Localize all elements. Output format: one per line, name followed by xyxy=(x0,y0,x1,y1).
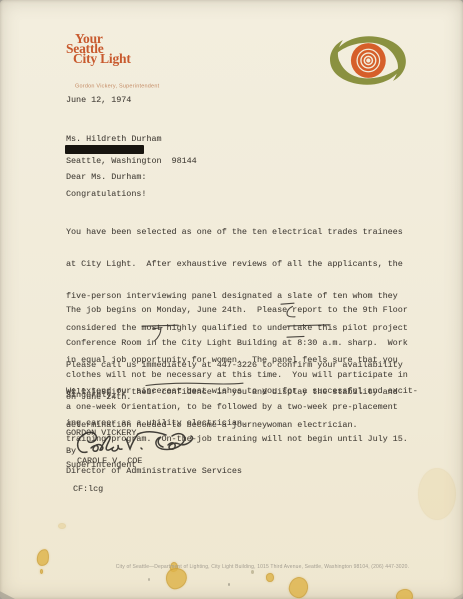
faint-stain xyxy=(58,523,66,529)
by-title: Director of Administrative Services xyxy=(66,466,242,477)
coffee-stain xyxy=(396,589,413,599)
page-corner-fold xyxy=(0,588,15,599)
letter-date: June 12, 1974 xyxy=(66,95,131,106)
typed-by-name: CAROLE V. COE xyxy=(77,456,142,467)
coffee-stain xyxy=(266,573,274,582)
opening-line: Congratulations! xyxy=(66,189,146,200)
coffee-stain xyxy=(164,566,188,590)
city-light-sun-logo-icon xyxy=(325,33,410,88)
letterhead-brand: Your Seattle City Light xyxy=(66,34,131,63)
paragraph-line: We extend our sincerest best wishes to y… xyxy=(66,386,418,397)
superintendent-line: Gordon Vickery, Superintendent xyxy=(75,83,159,89)
page-corner-fold xyxy=(453,591,463,599)
closing: Sincerely, xyxy=(66,390,116,401)
recipient-city-line: Seattle, Washington 98144 xyxy=(66,156,197,167)
coffee-stain xyxy=(36,548,50,567)
coffee-stain xyxy=(287,575,310,599)
ink-speck xyxy=(148,578,150,581)
recipient-name: Ms. Hildreth Durham xyxy=(66,134,162,145)
paragraph-line: You have been selected as one of the ten… xyxy=(66,227,408,238)
coffee-stain xyxy=(40,569,43,574)
faint-stain xyxy=(418,468,456,520)
reference-initials: CF:lcg xyxy=(73,484,103,495)
redacted-address-bar xyxy=(65,145,144,154)
letterhead-footer: City of Seattle—Department of Lighting, … xyxy=(116,564,348,570)
paragraph-line: at City Light. After exhaustive reviews … xyxy=(66,259,408,270)
letter-page: Your Seattle City Light Gordon Vickery, … xyxy=(0,0,463,599)
brand-line-city-light: City Light xyxy=(66,54,131,64)
ink-speck xyxy=(251,570,254,574)
ink-speck xyxy=(228,583,230,586)
paragraph-line: The job begins on Monday, June 24th. Ple… xyxy=(66,305,408,316)
salutation: Dear Ms. Durham: xyxy=(66,172,146,183)
